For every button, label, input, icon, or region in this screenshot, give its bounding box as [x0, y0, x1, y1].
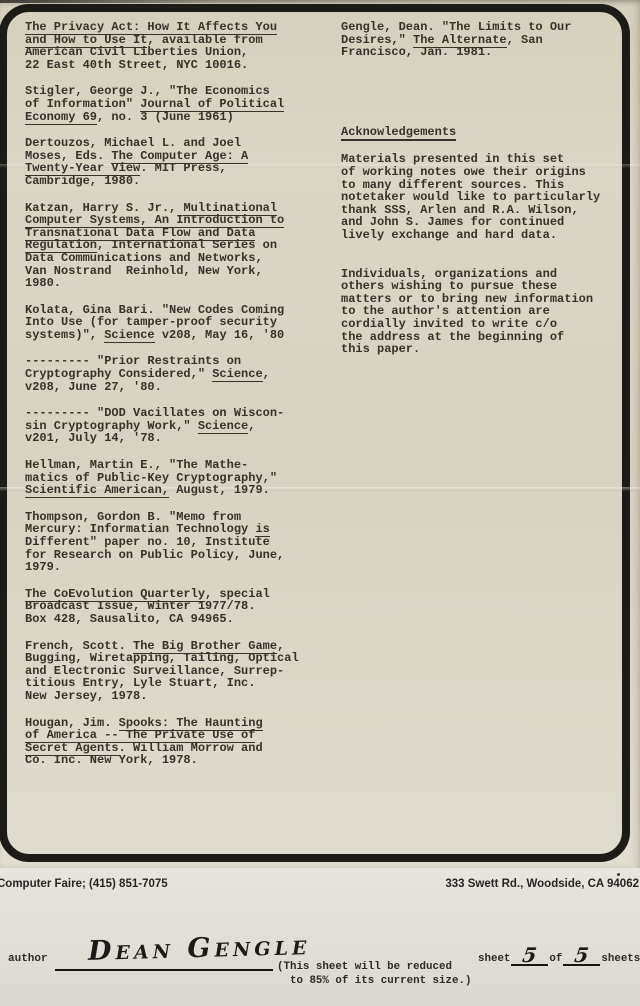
- text-line: Cambridge, 1980.: [25, 175, 323, 188]
- text-line: this paper.: [341, 343, 623, 356]
- author-label: author: [8, 953, 48, 965]
- typewritten-sheet: The Privacy Act: How It Affects Youand H…: [0, 0, 640, 868]
- bibliography-entry: Stigler, George J., "The Economicsof Inf…: [25, 85, 323, 123]
- text-segment: , San: [507, 33, 543, 47]
- bibliography-entry: The CoEvolution Quarterly, specialBroadc…: [25, 588, 323, 626]
- text-line: for Research on Public Policy, June,: [25, 549, 323, 562]
- paragraph: Materials presented in this setof workin…: [341, 153, 623, 241]
- reduction-note-line1: (This sheet will be reduced: [277, 961, 471, 975]
- text-segment: , no. 3 (June 1961): [97, 110, 234, 124]
- sheet-label: sheet: [478, 953, 510, 965]
- text-line: 1980.: [25, 277, 323, 290]
- text-line: Box 428, Sausalito, CA 94965.: [25, 613, 323, 626]
- scan-speck: [617, 873, 620, 876]
- text-segment: Cambridge, 1980.: [25, 174, 140, 188]
- text-segment: 1980.: [25, 276, 61, 290]
- underlined-text: Acknowledgements: [341, 125, 456, 141]
- footer-organization-phone: Computer Faire; (415) 851-7075: [0, 878, 168, 890]
- bibliography-entry: Gengle, Dean. "The Limits to OurDesires,…: [341, 21, 623, 59]
- bibliography-entry: The Privacy Act: How It Affects Youand H…: [25, 21, 323, 71]
- text-segment: ,: [248, 419, 255, 433]
- text-line: Scientific American, August, 1979.: [25, 484, 323, 497]
- text-line: 22 East 40th Street, NYC 10016.: [25, 59, 323, 72]
- sheet-number: 5: [510, 946, 550, 965]
- text-segment: this paper.: [341, 342, 420, 356]
- bibliography-entry: Hellman, Martin E., "The Mathe-matics of…: [25, 459, 323, 497]
- sheet-total-blank: 5: [563, 946, 600, 966]
- paragraph: Individuals, organizations andothers wis…: [341, 268, 623, 356]
- text-line: Computer Systems, An Introduction to: [25, 214, 323, 227]
- section-heading: Acknowledgements: [341, 126, 623, 139]
- text-segment: New Jersey, 1978.: [25, 689, 147, 703]
- text-segment: v208, June 27, '80.: [25, 380, 162, 394]
- bibliography-entry: French, Scott. The Big Brother Game,Bugg…: [25, 640, 323, 703]
- text-line: Acknowledgements: [341, 126, 623, 139]
- sheets-label: sheets: [601, 953, 640, 965]
- bibliography-entry: Dertouzos, Michael L. and JoelMoses, Eds…: [25, 137, 323, 187]
- text-line: v208, June 27, '80.: [25, 381, 323, 394]
- footer-address: 333 Swett Rd., Woodside, CA 94062: [445, 878, 639, 890]
- bibliography-entry: Katzan, Harry S. Jr., MultinationalCompu…: [25, 202, 323, 290]
- text-segment: Box 428, Sausalito, CA 94965.: [25, 612, 234, 626]
- text-segment: ,: [263, 367, 270, 381]
- bibliography-right-column: Gengle, Dean. "The Limits to OurDesires,…: [341, 21, 623, 382]
- underlined-text: Scientific American,: [25, 483, 169, 498]
- text-line: Co. Inc. New York, 1978.: [25, 754, 323, 767]
- text-segment: lively exchange and hard data.: [341, 228, 557, 242]
- text-segment: systems)",: [25, 328, 104, 342]
- text-line: Economy 69, no. 3 (June 1961): [25, 111, 323, 124]
- text-segment: v201, July 14, '78.: [25, 431, 162, 445]
- text-line: Van Nostrand Reinhold, New York,: [25, 265, 323, 278]
- text-line: Francisco, Jan. 1981.: [341, 46, 623, 59]
- bibliography-entry: Kolata, Gina Bari. "New Codes ComingInto…: [25, 304, 323, 342]
- text-segment: Francisco, Jan. 1981.: [341, 45, 492, 59]
- scan-edge-shadow: [0, 0, 640, 3]
- bibliography-entry: Thompson, Gordon B. "Memo fromMercury: I…: [25, 511, 323, 574]
- sheet-count: sheet 5 of 5 sheets: [478, 946, 640, 966]
- text-line: v201, July 14, '78.: [25, 432, 323, 445]
- text-segment: . MIT Press,: [140, 161, 226, 175]
- text-segment: Co. Inc. New York, 1978.: [25, 753, 198, 767]
- bibliography-entry: --------- "DOD Vacillates on Wiscon-sin …: [25, 407, 323, 445]
- underlined-text: Science: [198, 419, 248, 434]
- sheet-number-blank: 5: [511, 946, 548, 966]
- letterhead-footer: Computer Faire; (415) 851-7075 333 Swett…: [0, 878, 640, 890]
- text-line: 1979.: [25, 561, 323, 574]
- text-line: systems)", Science v208, May 16, '80: [25, 329, 323, 342]
- bibliography-entry: --------- "Prior Restraints onCryptograp…: [25, 355, 323, 393]
- text-segment: 22 East 40th Street, NYC 10016.: [25, 58, 248, 72]
- text-segment: August, 1979.: [169, 483, 270, 497]
- underlined-text: Science: [212, 367, 262, 382]
- reduction-note: (This sheet will be reduced to 85% of it…: [277, 961, 471, 988]
- underlined-text: Science: [104, 328, 154, 343]
- scanned-document-page: The Privacy Act: How It Affects Youand H…: [0, 0, 640, 1006]
- reduction-note-line2: to 85% of its current size.): [277, 975, 471, 989]
- text-line: lively exchange and hard data.: [341, 229, 623, 242]
- bibliography-left-column: The Privacy Act: How It Affects Youand H…: [25, 21, 323, 781]
- bibliography-entry: Hougan, Jim. Spooks: The Hauntingof Amer…: [25, 717, 323, 767]
- text-line: New Jersey, 1978.: [25, 690, 323, 703]
- text-segment: v208, May 16, '80: [155, 328, 285, 342]
- text-segment: 1979.: [25, 560, 61, 574]
- sheet-total: 5: [562, 946, 602, 965]
- text-segment: for Research on Public Policy, June,: [25, 548, 284, 562]
- underlined-text: Economy 69: [25, 110, 97, 125]
- of-label: of: [549, 953, 562, 965]
